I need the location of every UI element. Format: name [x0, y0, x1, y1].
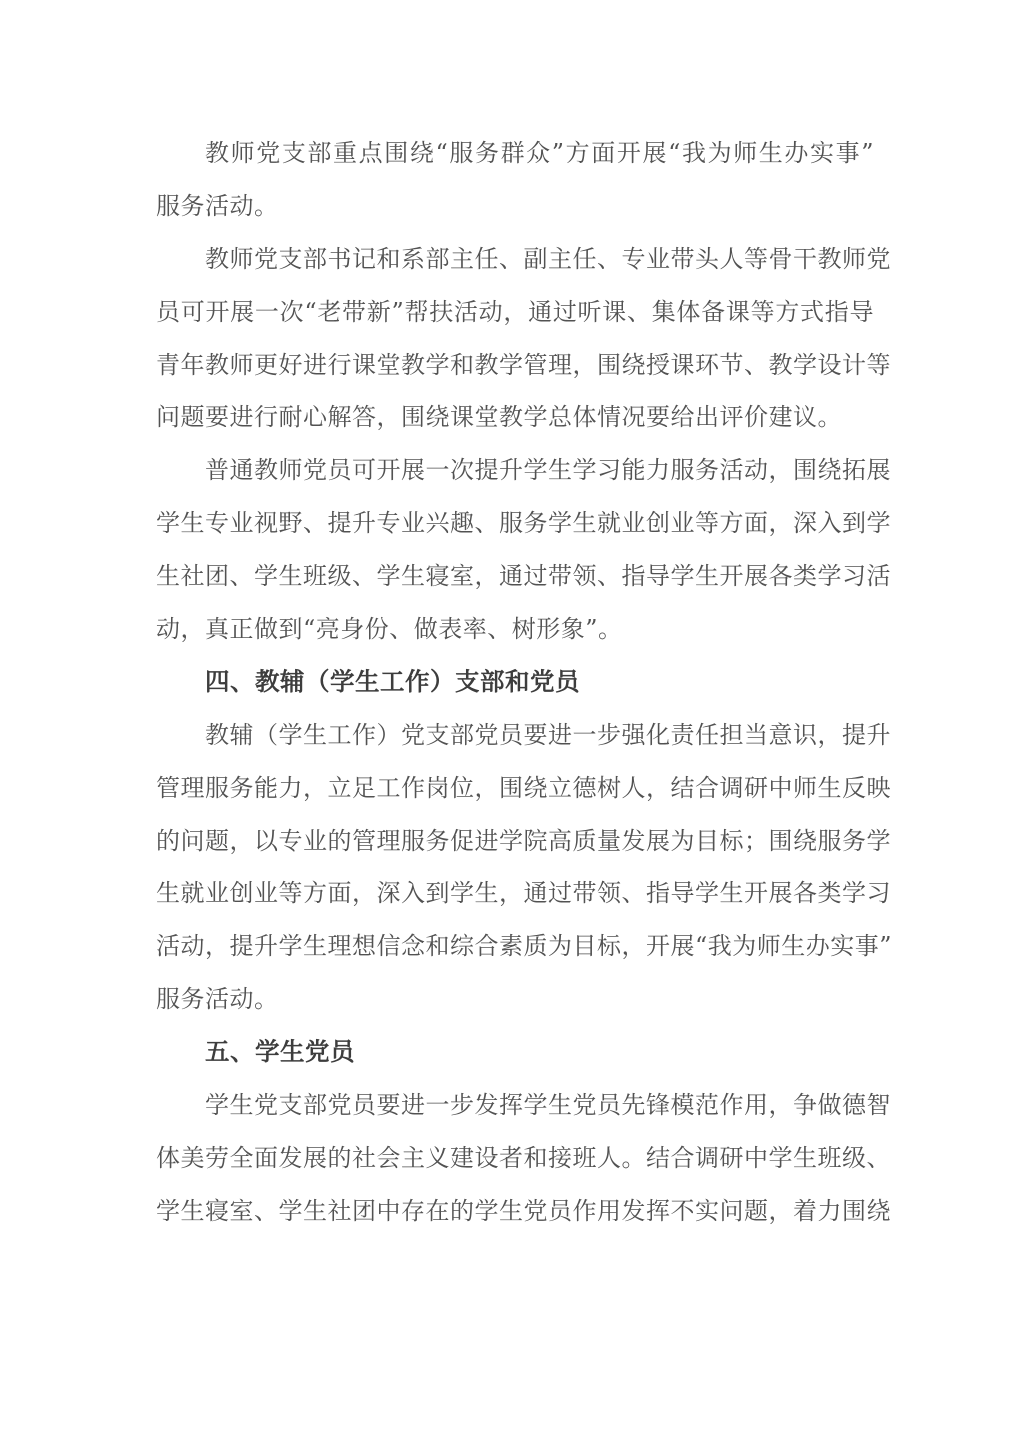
text-line: 管理服务能力，立足工作岗位，围绕立德树人，结合调研中师生反映 — [156, 762, 874, 815]
text-line: 学生专业视野、提升专业兴趣、服务学生就业创业等方面，深入到学 — [156, 497, 874, 550]
text-line: 生就业创业等方面，深入到学生，通过带领、指导学生开展各类学习 — [156, 867, 874, 920]
paragraph: 教辅（学生工作）党支部党员要进一步强化责任担当意识，提升 管理服务能力，立足工作… — [156, 709, 874, 1026]
text-line: 体美劳全面发展的社会主义建设者和接班人。结合调研中学生班级、 — [156, 1132, 874, 1185]
text-line: 动，真正做到“亮身份、做表率、树形象”。 — [156, 603, 874, 656]
text-line: 学生党支部党员要进一步发挥学生党员先锋模范作用，争做德智 — [156, 1079, 874, 1132]
text-line: 教师党支部书记和系部主任、副主任、专业带头人等骨干教师党 — [156, 233, 874, 286]
section-heading: 四、教辅（学生工作）支部和党员 — [156, 656, 874, 709]
paragraph: 教师党支部重点围绕“服务群众”方面开展“我为师生办实事” 服务活动。 — [156, 127, 874, 233]
paragraph: 学生党支部党员要进一步发挥学生党员先锋模范作用，争做德智 体美劳全面发展的社会主… — [156, 1079, 874, 1238]
section-heading: 五、学生党员 — [156, 1026, 874, 1079]
text-line: 教师党支部重点围绕“服务群众”方面开展“我为师生办实事” — [156, 127, 874, 180]
text-line: 普通教师党员可开展一次提升学生学习能力服务活动，围绕拓展 — [156, 444, 874, 497]
text-line: 青年教师更好进行课堂教学和教学管理，围绕授课环节、教学设计等 — [156, 339, 874, 392]
paragraph: 普通教师党员可开展一次提升学生学习能力服务活动，围绕拓展 学生专业视野、提升专业… — [156, 444, 874, 656]
paragraph: 教师党支部书记和系部主任、副主任、专业带头人等骨干教师党 员可开展一次“老带新”… — [156, 233, 874, 445]
section-heading-text: 四、教辅（学生工作）支部和党员 — [156, 656, 874, 709]
document-page: 教师党支部重点围绕“服务群众”方面开展“我为师生办实事” 服务活动。 教师党支部… — [0, 0, 1024, 1448]
text-line: 的问题，以专业的管理服务促进学院高质量发展为目标；围绕服务学 — [156, 815, 874, 868]
text-line: 问题要进行耐心解答，围绕课堂教学总体情况要给出评价建议。 — [156, 391, 874, 444]
text-line: 教辅（学生工作）党支部党员要进一步强化责任担当意识，提升 — [156, 709, 874, 762]
text-line: 生社团、学生班级、学生寝室，通过带领、指导学生开展各类学习活 — [156, 550, 874, 603]
section-heading-text: 五、学生党员 — [156, 1026, 874, 1079]
text-line: 学生寝室、学生社团中存在的学生党员作用发挥不实问题，着力围绕 — [156, 1185, 874, 1238]
text-line: 活动，提升学生理想信念和综合素质为目标，开展“我为师生办实事” — [156, 920, 874, 973]
document-content: 教师党支部重点围绕“服务群众”方面开展“我为师生办实事” 服务活动。 教师党支部… — [156, 127, 874, 1238]
text-line: 服务活动。 — [156, 973, 874, 1026]
text-line: 服务活动。 — [156, 180, 874, 233]
text-line: 员可开展一次“老带新”帮扶活动，通过听课、集体备课等方式指导 — [156, 286, 874, 339]
